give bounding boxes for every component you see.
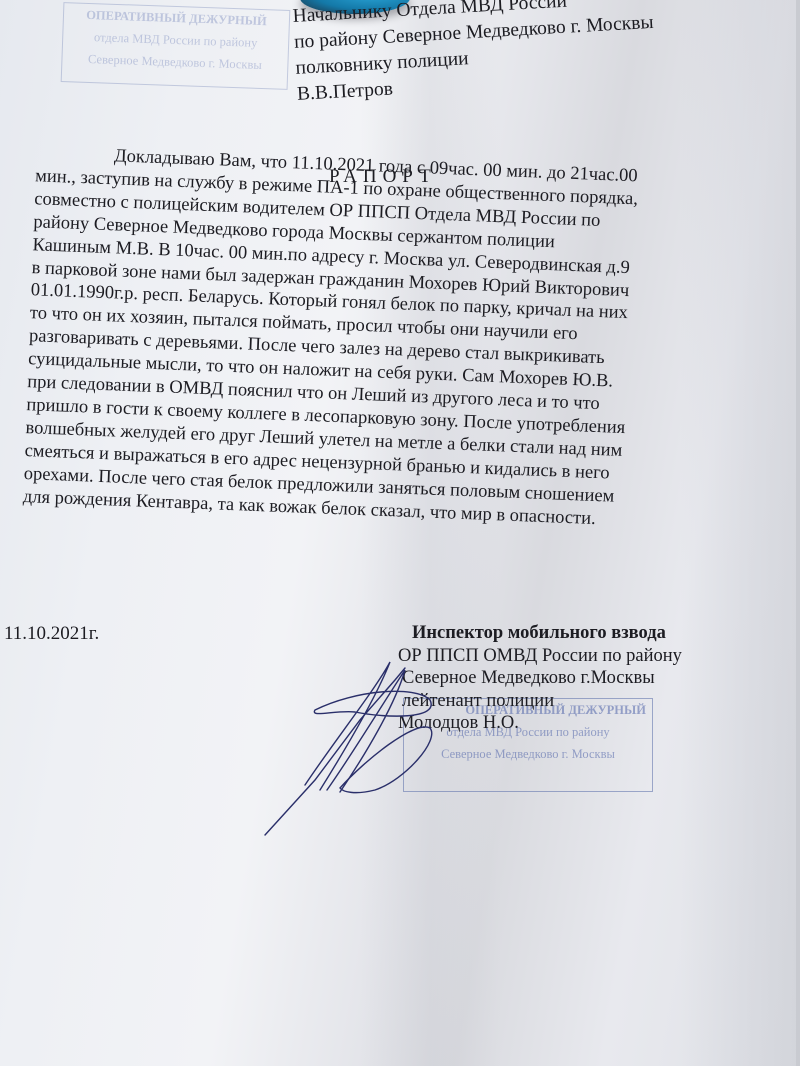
signer-name: Молодцов Н.О.	[398, 712, 682, 735]
stamp-line: Северное Медведково г. Москвы	[404, 743, 652, 765]
signer-line: лейтенант полиции	[398, 690, 682, 713]
report-date: 11.10.2021г.	[4, 623, 99, 645]
signer-title: Инспектор мобильного взвода	[398, 622, 682, 645]
addressee-block: Начальнику Отдела МВД России по району С…	[292, 0, 657, 108]
paper-edge	[796, 0, 800, 1066]
signer-block: Инспектор мобильного взвода ОР ППСП ОМВД…	[398, 622, 682, 735]
stamp-top: ОПЕРАТИВНЫЙ ДЕЖУРНЫЙ отдела МВД России п…	[61, 2, 291, 90]
report-body: Докладываю Вам, что 11.10.2021 года с 09…	[22, 142, 758, 536]
signer-line: Северное Медведково г.Москвы	[398, 667, 682, 690]
signer-line: ОР ППСП ОМВД России по району	[398, 645, 682, 668]
